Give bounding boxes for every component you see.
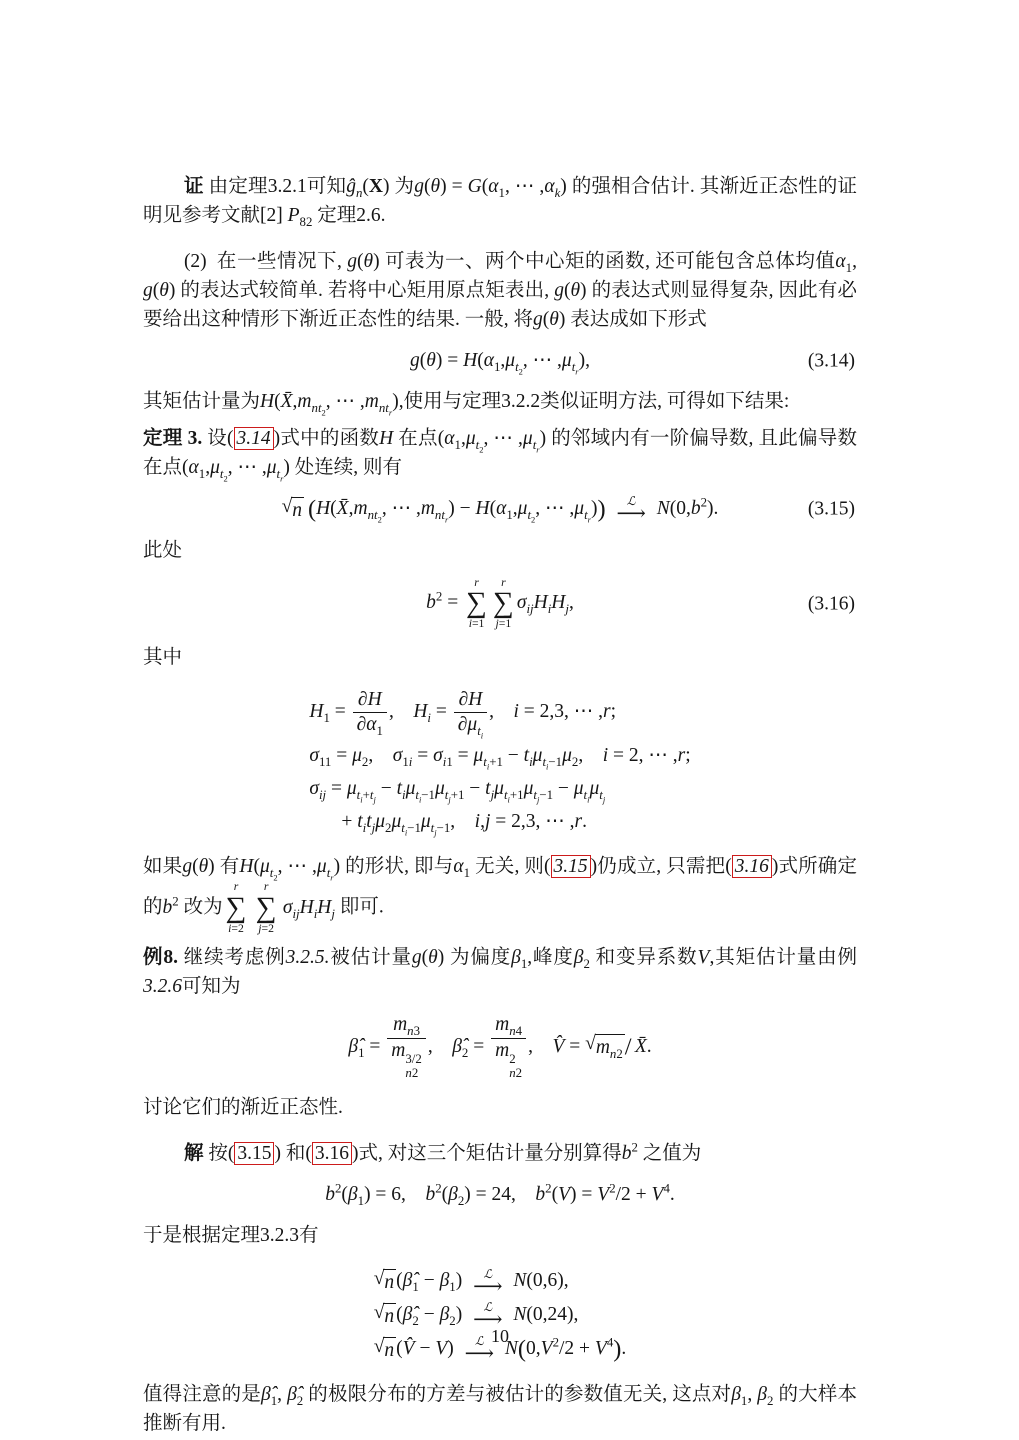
- limit-distribution-align-box: √n(β̂1 − β1) ℒ⟶ N(0,6), √n(β̂2 − β2) ℒ⟶ …: [374, 1262, 627, 1367]
- equation-3-16: b2 = r∑i=1r∑j=1σijHiHj, (3.16): [143, 577, 857, 631]
- page-number: 10: [143, 1326, 857, 1347]
- estimator-equations: β̂1 = mn3m3/2n2, β̂2 = mn4m2n2, V̂ = √mn…: [143, 1013, 857, 1081]
- equation-3-14-body: g(θ) = H(α1,μt2, ⋯ ,μtr),: [410, 346, 590, 375]
- proof-paragraph: 证 由定理3.2.1可知ĝn(X) 为g(θ) = G(α1, ⋯ ,αk) 的…: [143, 172, 857, 230]
- equation-3-15-number: (3.15): [808, 494, 855, 523]
- equation-3-14: g(θ) = H(α1,μt2, ⋯ ,μtr), (3.14): [143, 346, 857, 375]
- shape-remark-paragraph: 如果g(θ) 有H(μt2, ⋯ ,μtr) 的形状, 即与α1 无关, 则(3…: [143, 852, 857, 935]
- therefore-paragraph: 于是根据定理3.2.3有: [143, 1221, 857, 1250]
- equation-3-14-number: (3.14): [808, 346, 855, 375]
- where-label: 其中: [143, 643, 857, 672]
- partial-derivative-equations: H1 = ∂H∂α1, Hi = ∂H∂μti, i = 2,3, ⋯ ,r; …: [143, 684, 857, 841]
- equation-3-15: √n (H(X̄,mnt2, ⋯ ,mntr) − H(α1,μt2, ⋯ ,μ…: [143, 494, 857, 524]
- discuss-paragraph: 讨论它们的渐近正态性.: [143, 1093, 857, 1122]
- b-squared-values-body: b2(β1) = 6, b2(β2) = 24, b2(V) = V2/2 + …: [325, 1180, 675, 1209]
- equation-3-15-body: √n (H(X̄,mnt2, ⋯ ,mntr) − H(α1,μt2, ⋯ ,μ…: [282, 494, 719, 524]
- eqref-link[interactable]: 3.16: [312, 1142, 352, 1165]
- converges-in-law-arrow: ℒ⟶: [473, 1268, 502, 1296]
- equation-sigma-ij-continued: + titjμ2μti−1μtj−1, i,j = 2,3, ⋯ ,r.: [309, 807, 690, 836]
- solution-paragraph: 解 按(3.15) 和(3.16)式, 对这三个矩估计量分别算得b2 之值为: [143, 1139, 857, 1168]
- page-content: 证 由定理3.2.1可知ĝn(X) 为g(θ) = G(α1, ⋯ ,αk) 的…: [143, 172, 857, 1438]
- eqref-link[interactable]: 3.16: [732, 855, 772, 878]
- equation-sigma-ij: σij = μti+tj − tiμti−1μtj+1 − tjμti+1μtj…: [309, 774, 690, 803]
- here-label: 此处: [143, 536, 857, 565]
- eqref-link[interactable]: 3.14: [234, 427, 274, 450]
- equation-3-16-number: (3.16): [808, 589, 855, 618]
- example-8-paragraph: 例8. 继续考虑例3.2.5.被估计量g(θ) 为偏度β1,峰度β2 和变异系数…: [143, 943, 857, 1001]
- equation-H-definitions: H1 = ∂H∂α1, Hi = ∂H∂μti, i = 2,3, ⋯ ,r;: [309, 688, 690, 738]
- limit-distribution-equations: √n(β̂1 − β1) ℒ⟶ N(0,6), √n(β̂2 − β2) ℒ⟶ …: [143, 1262, 857, 1367]
- moment-estimator-paragraph: 其矩估计量为H(X̄,mnt2, ⋯ ,mntr),使用与定理3.2.2类似证明…: [143, 387, 857, 416]
- equation-3-16-body: b2 = r∑i=1r∑j=1σijHiHj,: [426, 577, 574, 631]
- eqref-link[interactable]: 3.15: [551, 855, 591, 878]
- document-page: 证 由定理3.2.1可知ĝn(X) 为g(θ) = G(α1, ⋯ ,αk) 的…: [0, 0, 1019, 1440]
- estimator-equations-body: β̂1 = mn3m3/2n2, β̂2 = mn4m2n2, V̂ = √mn…: [348, 1013, 651, 1081]
- partial-derivative-align-box: H1 = ∂H∂α1, Hi = ∂H∂μti, i = 2,3, ⋯ ,r; …: [309, 684, 690, 841]
- b-squared-values-equation: b2(β1) = 6, b2(β2) = 24, b2(V) = V2/2 + …: [143, 1180, 857, 1209]
- converges-in-law-arrow: ℒ⟶: [616, 495, 645, 523]
- equation-limit-beta1: √n(β̂1 − β1) ℒ⟶ N(0,6),: [374, 1266, 627, 1296]
- eqref-link[interactable]: 3.15: [234, 1142, 274, 1165]
- note-paragraph: 值得注意的是β̂1, β̂2 的极限分布的方差与被估计的参数值无关, 这点对β1…: [143, 1380, 857, 1438]
- theorem-3-paragraph: 定理 3. 设(3.14)式中的函数H 在点(α1,μt2, ⋯ ,μtr) 的…: [143, 424, 857, 482]
- equation-sigma-1i: σ11 = μ2, σ1i = σi1 = μti+1 − tiμti−1μ2,…: [309, 741, 690, 770]
- case2-paragraph: (2) 在一些情况下, g(θ) 可表为一、两个中心矩的函数, 还可能包含总体均…: [143, 247, 857, 334]
